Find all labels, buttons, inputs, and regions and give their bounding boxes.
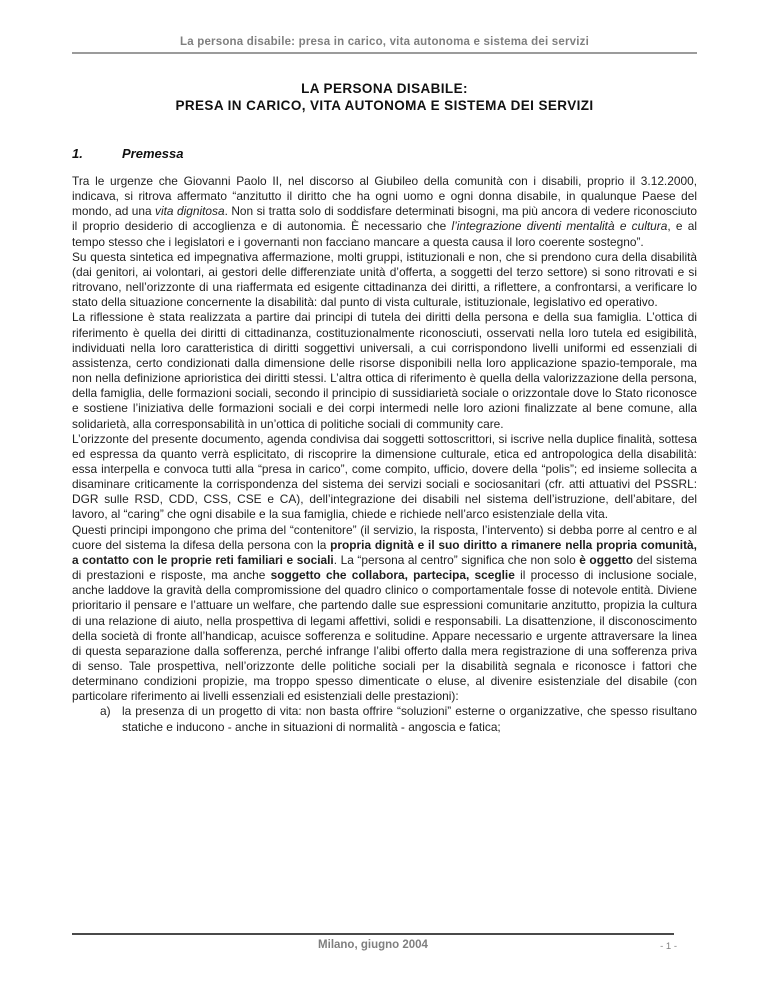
running-header: La persona disabile: presa in carico, vi… xyxy=(72,36,697,54)
body-list: a)la presenza di un progetto di vita: no… xyxy=(72,704,697,734)
paragraph: La riflessione è stata realizzata a part… xyxy=(72,310,697,431)
list-marker: a) xyxy=(100,704,111,719)
page-number: - 1 - xyxy=(637,941,677,952)
section-title: Premessa xyxy=(122,146,183,161)
document-title-line2: PRESA IN CARICO, VITA AUTONOMA E SISTEMA… xyxy=(72,98,697,115)
list-item: a)la presenza di un progetto di vita: no… xyxy=(72,704,697,734)
list-text: la presenza di un progetto di vita: non … xyxy=(122,704,697,733)
paragraph: Tra le urgenze che Giovanni Paolo II, ne… xyxy=(72,174,697,250)
paragraph: Questi principi impongono che prima del … xyxy=(72,523,697,705)
section-heading: 1. Premessa xyxy=(72,146,697,161)
document-page: La persona disabile: presa in carico, vi… xyxy=(0,0,768,994)
section-number: 1. xyxy=(72,146,122,161)
document-title-line1: LA PERSONA DISABILE: xyxy=(72,81,697,98)
footer: Milano, giugno 2004 xyxy=(72,933,674,951)
paragraph: L’orizzonte del presente documento, agen… xyxy=(72,432,697,523)
document-title: LA PERSONA DISABILE: PRESA IN CARICO, VI… xyxy=(72,81,697,114)
body-paragraphs: Tra le urgenze che Giovanni Paolo II, ne… xyxy=(72,174,697,704)
body-text: Tra le urgenze che Giovanni Paolo II, ne… xyxy=(72,174,697,735)
paragraph: Su questa sintetica ed impegnativa affer… xyxy=(72,250,697,311)
